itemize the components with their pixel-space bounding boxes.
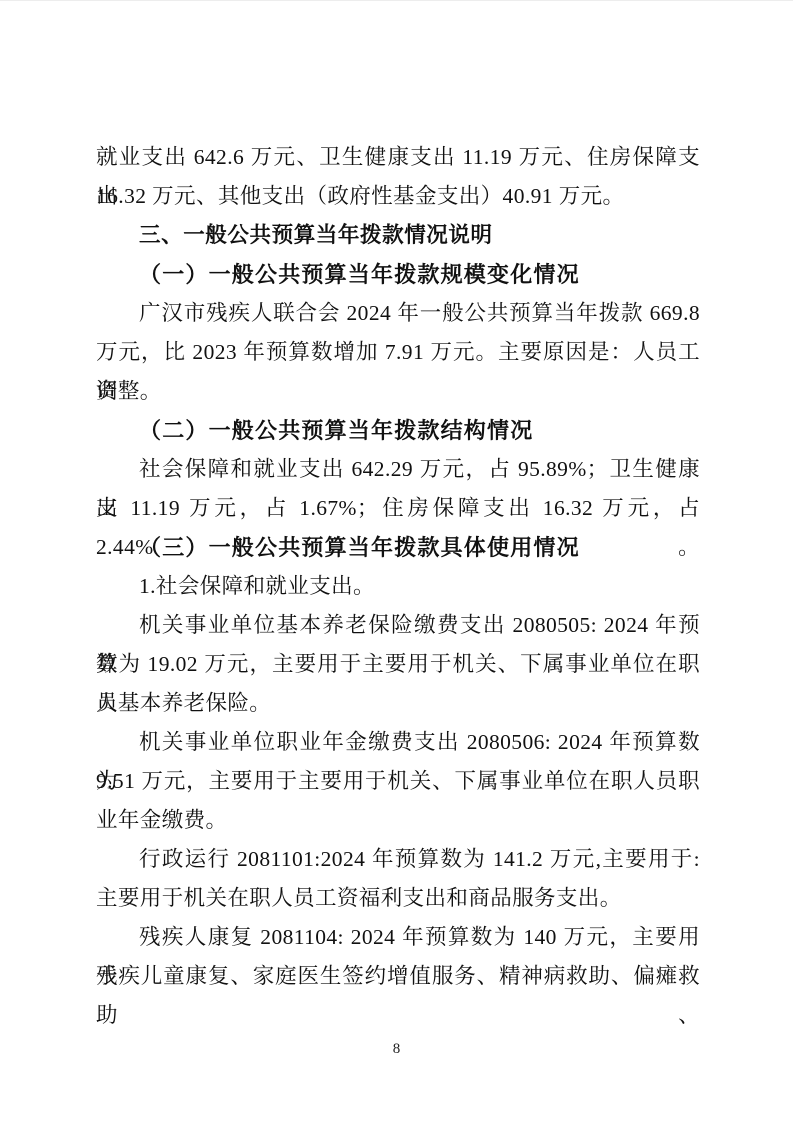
- text-line: 行政运行 2081101:2024 年预算数为 141.2 万元,主要用于:: [96, 840, 700, 879]
- text-line: 残疾人康复 2081104: 2024 年预算数为 140 万元，主要用于: [96, 918, 700, 957]
- text-line: 调整。: [96, 372, 700, 411]
- text-line: 主要用于机关在职人员工资福利支出和商品服务支出。: [96, 879, 700, 918]
- section-heading: （一）一般公共预算当年拨款规模变化情况: [96, 255, 700, 294]
- section-heading: 三、一般公共预算当年拨款情况说明: [96, 216, 700, 255]
- text-line: 数为 19.02 万元，主要用于主要用于机关、下属事业单位在职人: [96, 645, 700, 684]
- text-line: 员基本养老保险。: [96, 684, 700, 723]
- text-line: 残疾儿童康复、家庭医生签约增值服务、精神病救助、偏瘫救助、: [96, 957, 700, 996]
- text-line: 社会保障和就业支出 642.29 万元，占 95.89%；卫生健康支: [96, 450, 700, 489]
- text-line: 机关事业单位职业年金缴费支出 2080506: 2024 年预算数为: [96, 723, 700, 762]
- document-page: 就业支出 642.6 万元、卫生健康支出 11.19 万元、住房保障支出16.3…: [0, 0, 793, 1123]
- text-line: 万元，比 2023 年预算数增加 7.91 万元。主要原因是：人员工资: [96, 333, 700, 372]
- page-number: 8: [0, 1039, 793, 1059]
- text-line: 广汉市残疾人联合会 2024 年一般公共预算当年拨款 669.8: [96, 294, 700, 333]
- section-heading: （二）一般公共预算当年拨款结构情况: [96, 411, 700, 450]
- text-line: 9.51 万元，主要用于主要用于机关、下属事业单位在职人员职: [96, 762, 700, 801]
- document-text-block: 就业支出 642.6 万元、卫生健康支出 11.19 万元、住房保障支出16.3…: [96, 138, 700, 996]
- text-line: 出 11.19 万元，占 1.67%；住房保障支出 16.32 万元，占 2.4…: [96, 489, 700, 528]
- text-line: 就业支出 642.6 万元、卫生健康支出 11.19 万元、住房保障支出: [96, 138, 700, 177]
- text-line: 机关事业单位基本养老保险缴费支出 2080505: 2024 年预算: [96, 606, 700, 645]
- text-line: 业年金缴费。: [96, 801, 700, 840]
- text-line: 1.社会保障和就业支出。: [96, 567, 700, 606]
- text-line: 16.32 万元、其他支出（政府性基金支出）40.91 万元。: [96, 177, 700, 216]
